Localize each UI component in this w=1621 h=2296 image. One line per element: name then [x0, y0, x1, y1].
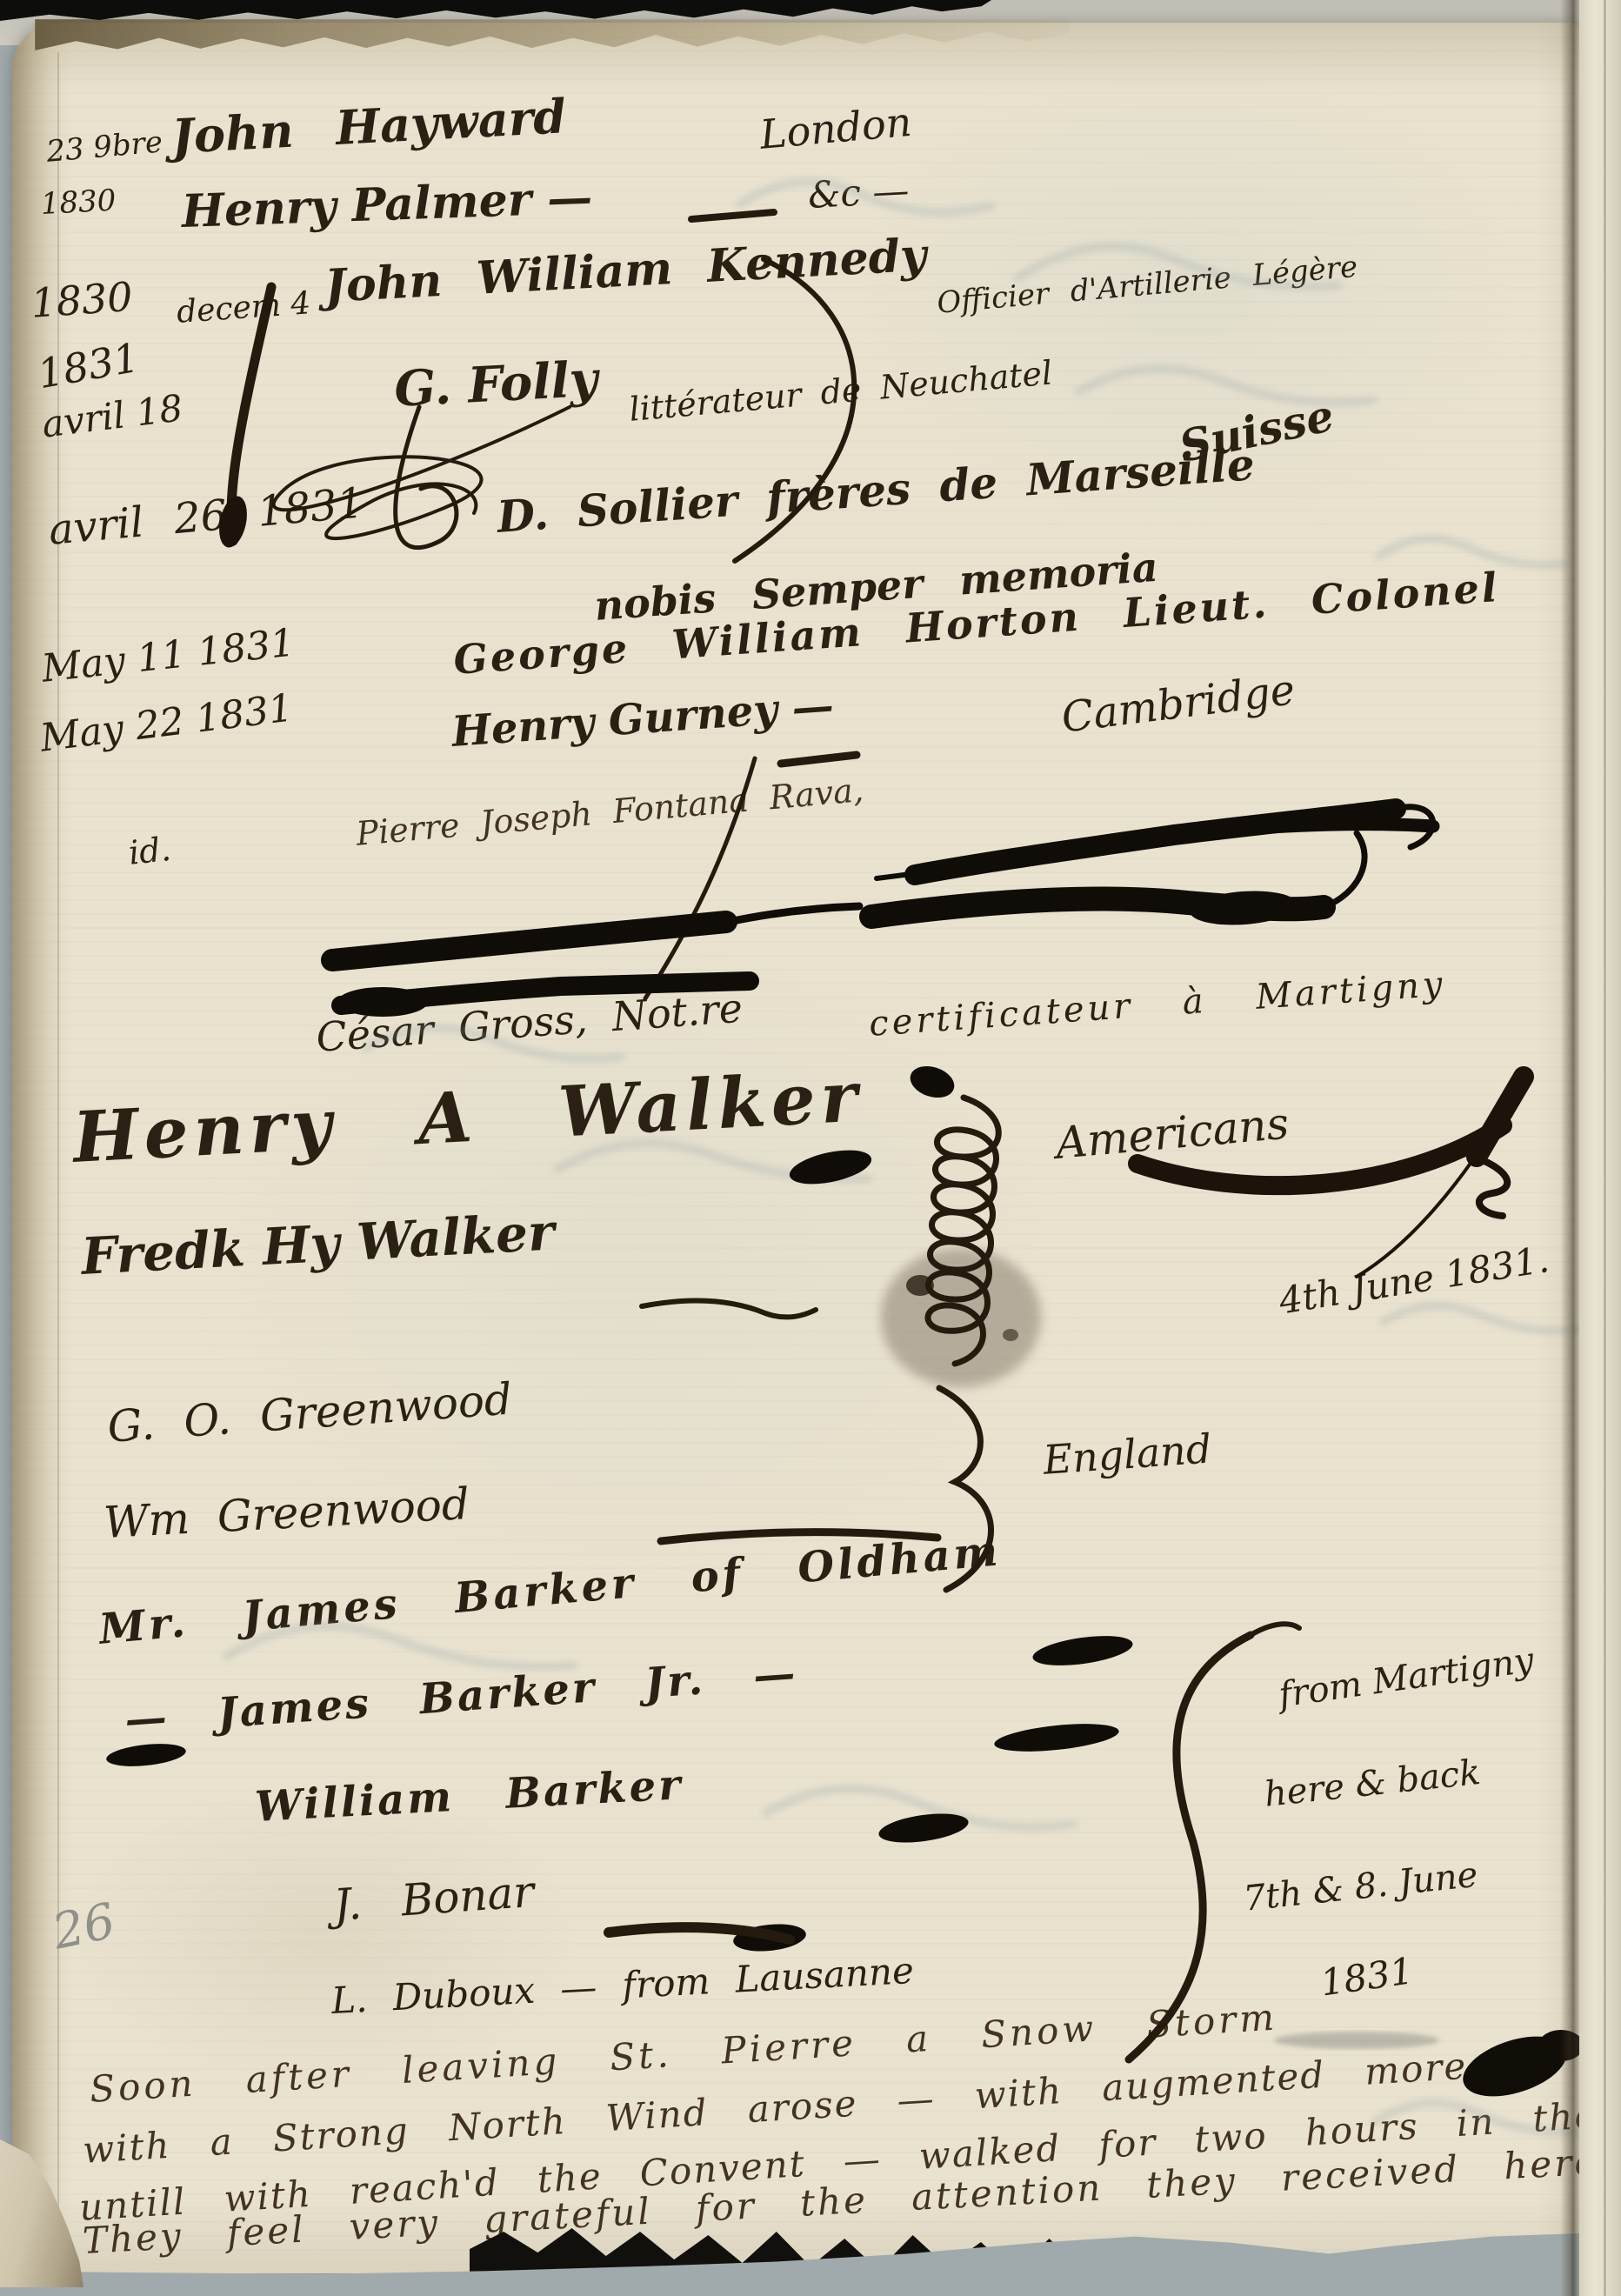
- facing-page-edge: [1579, 0, 1621, 2296]
- entry-end-dashes: [105, 1631, 1135, 1954]
- barker-group-brace: [1129, 1624, 1299, 2059]
- redaction-blob: [337, 987, 428, 1017]
- greenwood-brace: [939, 1388, 991, 1590]
- walker-ink-blob: [906, 1061, 958, 1103]
- graphite-smear: [1274, 2032, 1439, 2049]
- book-gutter-shadow: [1560, 0, 1579, 2296]
- martigny-flourish: [1137, 1077, 1524, 1277]
- kennedy-ink-blob: [215, 494, 251, 551]
- manuscript-scan: 23 9bre 1830 John Hayward London &c — He…: [0, 0, 1621, 2296]
- bonar-dash: [609, 1927, 790, 1939]
- signature-flourishes: [231, 212, 937, 1541]
- walker-ink-dash: [787, 1144, 875, 1190]
- facing-page-crease: [1604, 0, 1606, 2296]
- ink-decoration-layer: [0, 0, 1621, 2296]
